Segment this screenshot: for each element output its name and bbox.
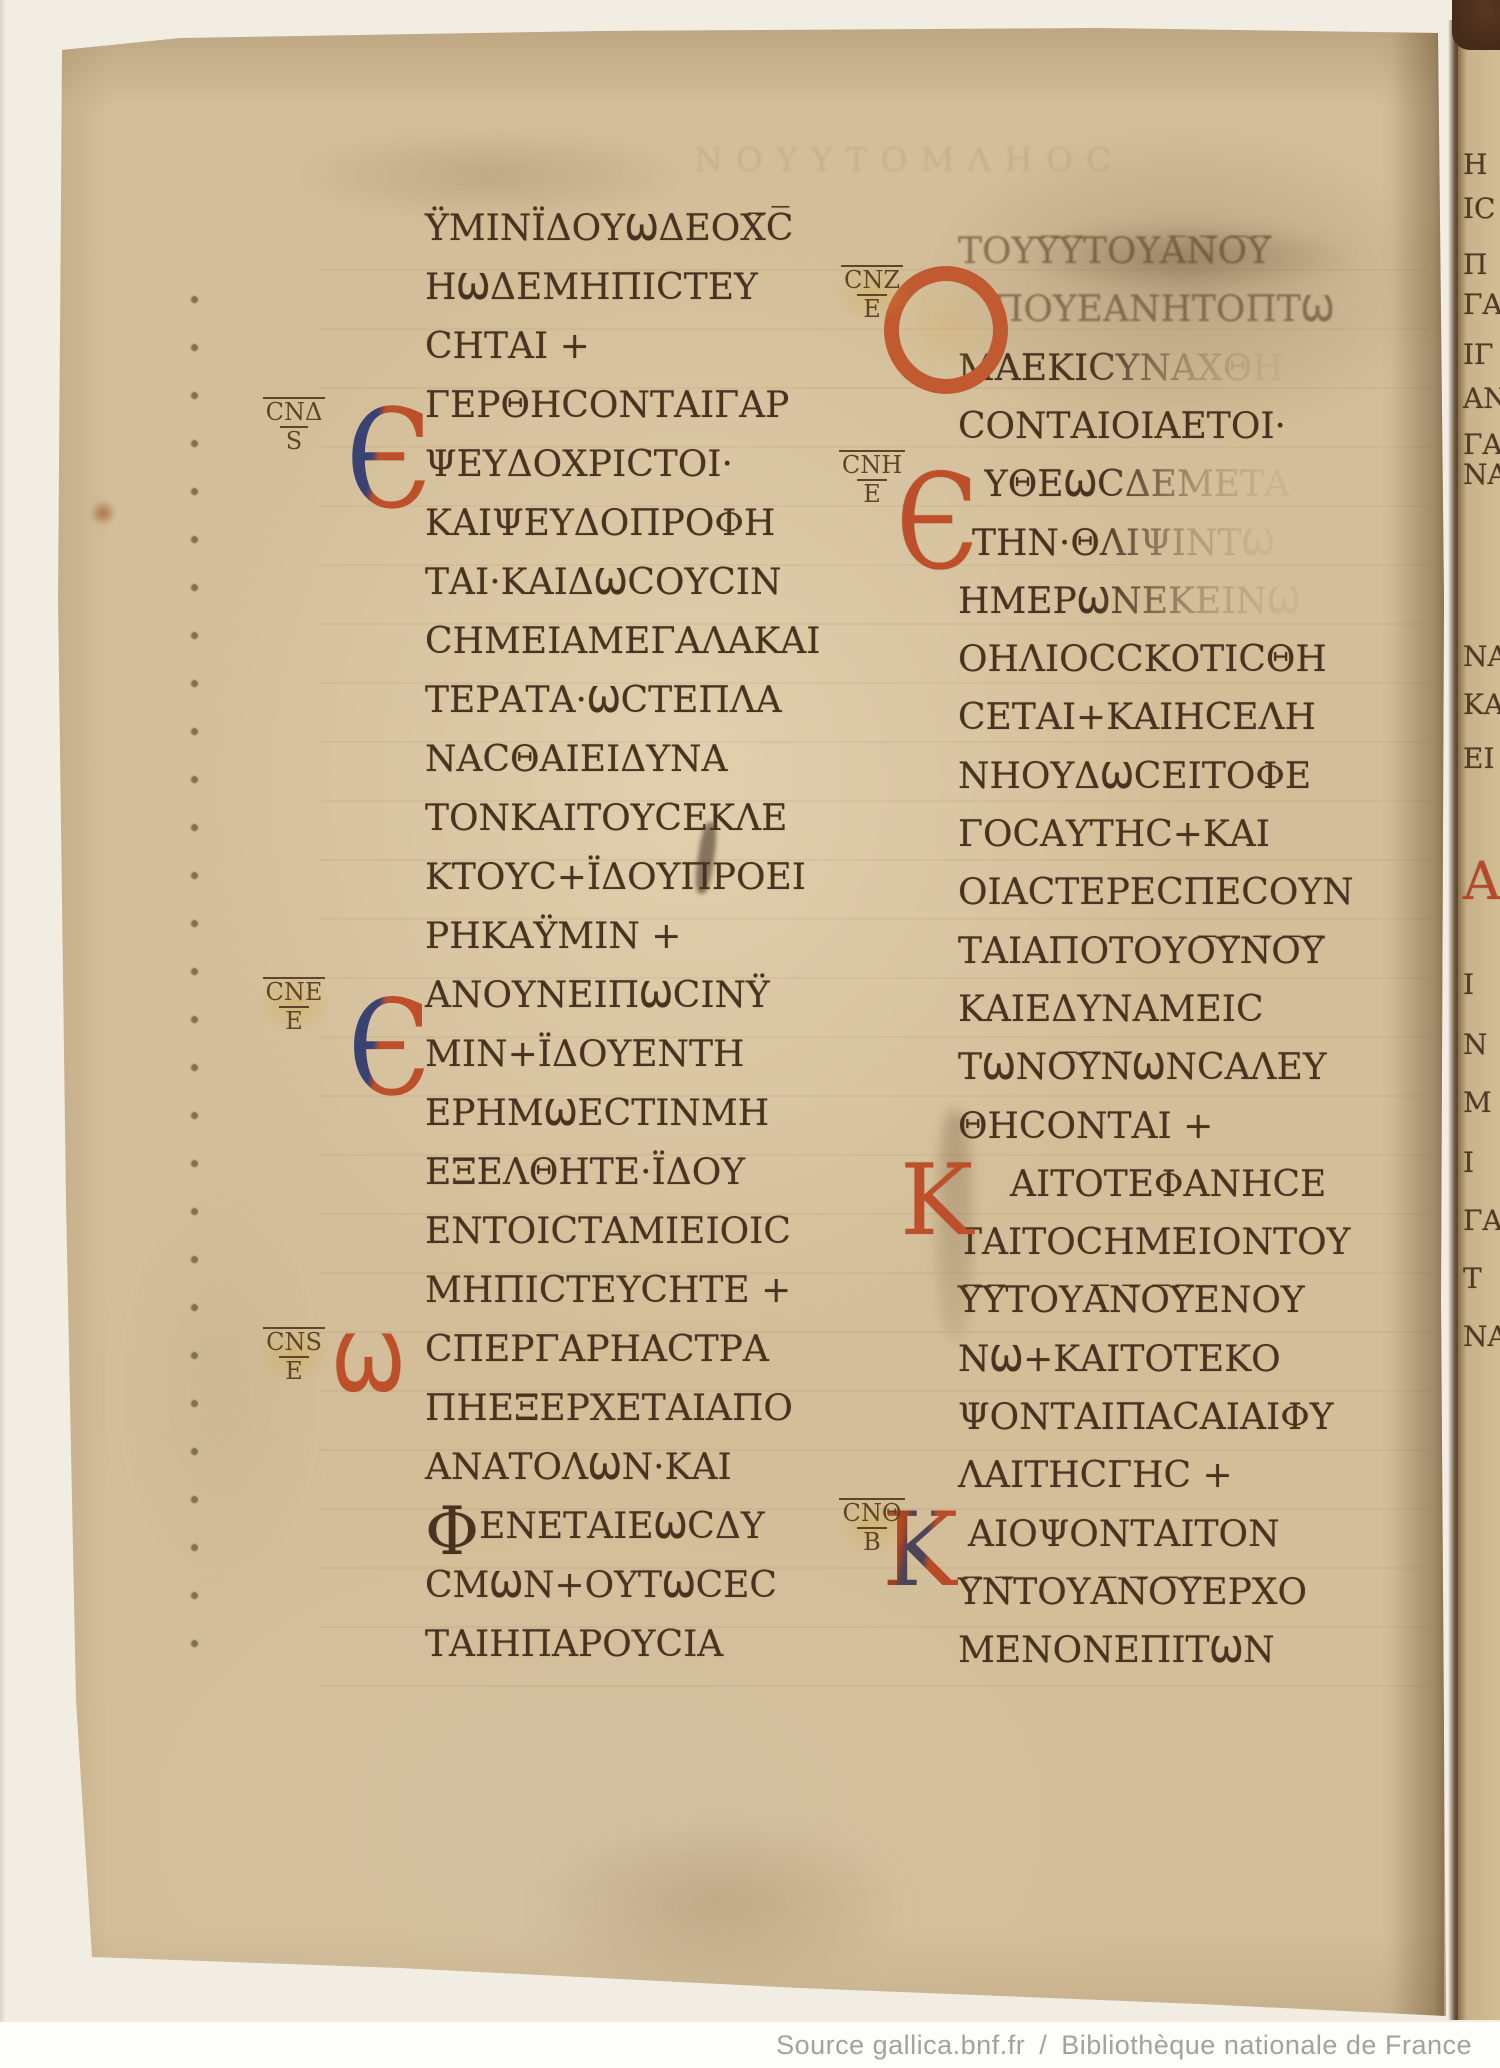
manuscript-line-left-8: CΗΜΕΙΑΜΕΓΑΛΑΚΑΙ xyxy=(425,619,821,667)
pricking-dot xyxy=(190,295,200,305)
manuscript-line-right-1: ΤΟΥΥ̅Υ̅ΤΟΥΑ̅Ν̅Ο̅Υ̅ xyxy=(958,229,1271,277)
manuscript-line-left-18: ΕΝΤΟΙCΤΑΜΙΕΙΟΙC xyxy=(425,1209,791,1257)
next-page-text-fragment: ΝΑ xyxy=(1463,1320,1500,1353)
manuscript-line-left-21: ΠΗΕΞΕΡΧΕΤΑΙΑΠΟ xyxy=(425,1386,793,1434)
canon-number: Ε xyxy=(836,294,908,321)
canon-number: Ε xyxy=(836,479,908,506)
source-attribution: Source gallica.bnf.fr/Bibliothèque natio… xyxy=(776,2030,1472,2061)
next-page-edge: ΗΙϹΠΓΑΙΓΑΝΓΑΝΑΝΑΚΑΕΙΑΙΝΜΙΓΑΤΝΑ xyxy=(1458,26,1500,2020)
manuscript-line-left-9: ΤΕΡΑΤΑ·ѠCΤΕΠΛΑ xyxy=(425,678,782,726)
parchment-stain xyxy=(540,1820,900,1990)
manuscript-line-right-4: CΟΝΤΑΙΟΙΑΕΤΟΙ· xyxy=(958,404,1286,452)
pricking-dot xyxy=(190,1591,200,1601)
pricking-dot xyxy=(190,487,200,497)
manuscript-line-left-13: ΡΗΚΑΫΜΙΝ + xyxy=(425,914,681,962)
next-page-text-fragment: Μ xyxy=(1463,1086,1492,1119)
pricking-dot xyxy=(190,1399,200,1409)
manuscript-line-right-22: ΛΑΙΤΗCΓΗC + xyxy=(958,1453,1233,1501)
manuscript-line-left-22: ΑΝΑΤΟΛѠΝ·ΚΑΙ xyxy=(425,1445,732,1493)
next-page-text-fragment: ΙϹ xyxy=(1463,192,1495,225)
manuscript-line-right-5: ΥΘΕѠCΔΕΜΕΤΑ xyxy=(984,462,1290,510)
manuscript-line-right-18: ΤΑΙΤΟCΗΜΕΙΟΝΤΟΥ xyxy=(958,1220,1350,1268)
next-page-text-fragment: Π xyxy=(1463,248,1487,281)
next-page-text-fragment: Ν xyxy=(1463,1028,1488,1061)
footer-source: Source gallica.bnf.fr xyxy=(776,2030,1025,2060)
pricking-dot xyxy=(190,1111,200,1121)
manuscript-line-left-7: ΤΑΙ·ΚΑΙΔѠCΟΥCΙΝ xyxy=(425,560,781,608)
illuminated-initial-Ѡ: Ѡ xyxy=(332,1326,405,1404)
eusebian-section-number: CΝΗ xyxy=(839,450,905,477)
pricking-dot xyxy=(190,1639,200,1649)
parchment-stain xyxy=(120,1180,320,1600)
manuscript-line-left-15: ΜΙΝ+ΪΔΟΥΕΝΤΗ xyxy=(425,1032,744,1080)
manuscript-line-right-25: ΜΕΝΟΝΕΠΙΤѠΝ xyxy=(958,1628,1275,1676)
pricking-dot xyxy=(190,1063,200,1073)
manuscript-line-left-10: ΝΑCΘΑΙΕΙΔΥΝΑ xyxy=(425,737,728,785)
footer-institution: Bibliothèque nationale de France xyxy=(1061,2030,1472,2060)
manuscript-line-left-2: ΗѠΔΕΜΗΠΙCΤΕΥ xyxy=(425,265,758,313)
section-number-note: CΝΖΕ xyxy=(836,265,908,321)
parchment-stain xyxy=(90,500,116,526)
next-page-text-fragment: ΝΑ xyxy=(1463,640,1500,673)
next-page-text-fragment: ΓΑ xyxy=(1463,428,1500,461)
illuminated-initial-Є: Є xyxy=(346,392,432,529)
pricking-dot xyxy=(190,439,200,449)
pricking-dot xyxy=(190,967,200,977)
next-page-text-fragment: Η xyxy=(1463,148,1487,181)
manuscript-line-left-16: ΕΡΗΜѠΕCΤΙΝΜΗ xyxy=(425,1091,769,1139)
pricking-dot xyxy=(190,1351,200,1361)
footer-separator: / xyxy=(1039,2030,1047,2060)
manuscript-line-left-3: CΗΤΑΙ + xyxy=(425,324,590,372)
manuscript-line-right-10: ΝΗΟΥΔѠCΕΙΤΟΦΕ xyxy=(958,754,1311,802)
illuminated-initial-Є: Є xyxy=(348,984,431,1116)
manuscript-line-right-3: ΜΑΕΚΙCΥΝΑΧΘΗ xyxy=(958,346,1284,394)
eusebian-section-number: CΝΘ xyxy=(839,1498,904,1525)
manuscript-line-right-6: ΤΗΝ·ΘΛΙΨΙΝΤѠ xyxy=(972,521,1275,569)
section-number-note: CΝSΕ xyxy=(258,1327,330,1383)
manuscript-scan: ΝΟΥΥΤΟΜΛΗΟϹ ΫΜΙΝΪΔΟΥѠΔΕΟΧ̅C̅ΗѠΔΕΜΗΠΙCΤΕΥ… xyxy=(0,0,1500,2068)
pricking-dot xyxy=(190,1015,200,1025)
canon-number: Β xyxy=(836,1527,908,1554)
pricking-dot xyxy=(190,1543,200,1553)
pricking-dot xyxy=(190,343,200,353)
manuscript-line-right-20: ΝѠ+ΚΑΙΤΟΤΕΚΟ xyxy=(958,1337,1281,1385)
manuscript-line-right-8: ΟΗΛΙΟCCΚΟΤΙCΘΗ xyxy=(958,637,1327,685)
pricking-dot xyxy=(190,919,200,929)
next-page-text-fragment: ΙΓ xyxy=(1463,338,1494,371)
pricking-dot xyxy=(190,1303,200,1313)
section-number-note: CΝΗΕ xyxy=(836,450,908,506)
next-page-text-fragment: ΓΑ xyxy=(1463,288,1500,321)
next-page-text-fragment: Α xyxy=(1463,852,1500,912)
pricking-dot xyxy=(190,1207,200,1217)
next-page-text-fragment: Τ xyxy=(1463,1262,1482,1295)
pricking-dot xyxy=(190,535,200,545)
pricking-dot xyxy=(190,1159,200,1169)
eusebian-section-number: CΝS xyxy=(263,1327,325,1354)
manuscript-line-left-5: ΨΕΥΔΟΧΡΙCΤΟΙ· xyxy=(425,442,733,490)
next-page-text-fragment: Ι xyxy=(1463,968,1474,1001)
pricking-dot xyxy=(190,823,200,833)
section-number-note: CΝΔS xyxy=(258,397,330,453)
next-page-text-fragment: ΓΑ xyxy=(1463,1204,1500,1237)
page-edge-shadow xyxy=(1392,30,1444,2016)
manuscript-line-left-4: ΓΕΡΘΗCΟΝΤΑΙΓΑΡ xyxy=(425,383,789,431)
pricking-dot xyxy=(190,1255,200,1265)
section-number-note: CΝΕΕ xyxy=(258,977,330,1033)
manuscript-line-right-2: ΠΟΥΕΑΝΗΤΟΠΤѠ xyxy=(992,287,1334,335)
section-number-note: CΝΘΒ xyxy=(836,1498,908,1554)
manuscript-line-left-12: ΚΤΟΥC+ΪΔΟΥΠΡΟΕΙ xyxy=(425,855,806,903)
manuscript-line-right-17: ΑΙΤΟΤΕΦΑΝΗCΕ xyxy=(1010,1162,1326,1210)
next-page-text-fragment: Ι xyxy=(1463,1146,1474,1179)
manuscript-line-right-7: ΗΜΕΡѠΝΕΚΕΙΝѠ xyxy=(958,579,1301,627)
pricking-dot xyxy=(190,775,200,785)
manuscript-line-left-6: ΚΑΙΨΕΥΔΟΠΡΟΦΗ xyxy=(425,501,775,549)
manuscript-line-left-24: CΜѠΝ+ΟΥΤѠCΕC xyxy=(425,1563,777,1611)
manuscript-line-left-1: ΫΜΙΝΪΔΟΥѠΔΕΟΧ̅C̅ xyxy=(425,206,793,254)
eusebian-section-number: CΝΖ xyxy=(841,265,903,292)
bleed-through-text: ΝΟΥΥΤΟΜΛΗΟϹ xyxy=(694,140,1124,179)
parchment-page: ΝΟΥΥΤΟΜΛΗΟϹ ΫΜΙΝΪΔΟΥѠΔΕΟΧ̅C̅ΗѠΔΕΜΗΠΙCΤΕΥ… xyxy=(0,0,1500,2068)
enlarged-letter: Φ xyxy=(425,1493,479,1570)
eusebian-section-number: CΝΔ xyxy=(263,397,326,424)
manuscript-line-right-15: ΤѠΝΟ̅Υ̅Ν̅ѠΝCΑΛΕΥ xyxy=(958,1045,1327,1093)
pricking-dot xyxy=(190,727,200,737)
manuscript-line-right-11: ΓΟCΑΥΤΗC+ΚΑΙ xyxy=(958,812,1270,860)
next-page-text-fragment: ΕΙ xyxy=(1463,742,1495,775)
manuscript-line-left-25: ΤΑΙΗΠΑΡΟΥCΙΑ xyxy=(425,1622,723,1670)
pricking-dot xyxy=(190,391,200,401)
canon-number: Ε xyxy=(258,1356,330,1383)
eusebian-section-number: CΝΕ xyxy=(263,977,326,1004)
pricking-dot xyxy=(190,631,200,641)
manuscript-line-left-14: ΑΝΟΥΝΕΙΠѠCΙΝΫ xyxy=(425,973,770,1021)
manuscript-line-left-11: ΤΟΝΚΑΙΤΟΥCΕΚΛΕ xyxy=(425,796,787,844)
manuscript-line-left-17: ΕΞΕΛΘΗΤΕ·ΪΔΟΥ xyxy=(425,1150,745,1198)
manuscript-line-right-19: Υ̅Υ̅ΤΟΥΑ̅Ν̅Ο̅Υ̅ΕΝΟΥ xyxy=(958,1278,1305,1326)
manuscript-line-right-13: ΤΑΙΑΠΟΤΟΥΟ̅Υ̅Ν̅Ο̅Υ̅ xyxy=(958,929,1325,977)
pricking-dot xyxy=(190,679,200,689)
pricking-dot xyxy=(190,1495,200,1505)
manuscript-line-right-23: ΑΙΟΨΟΝΤΑΙΤΟΝ xyxy=(968,1512,1280,1560)
manuscript-line-right-9: CΕΤΑΙ+ΚΑΙΗCΕΛΗ xyxy=(958,695,1316,743)
pricking-dot xyxy=(190,1447,200,1457)
illuminated-initial-Κ: Κ xyxy=(900,1152,973,1250)
next-page-text-fragment: ΝΑ xyxy=(1463,458,1500,491)
canon-number: S xyxy=(258,426,330,453)
manuscript-line-left-20: CΠΕΡΓΑΡΗΑCΤΡΑ xyxy=(425,1327,769,1375)
manuscript-line-right-16: ΘΗCΟΝΤΑΙ + xyxy=(958,1104,1213,1152)
gallica-footer: Source gallica.bnf.fr/Bibliothèque natio… xyxy=(0,2022,1500,2068)
pricking-dot xyxy=(190,871,200,881)
spine-fragment xyxy=(1452,0,1500,50)
next-page-text-fragment: ΑΝ xyxy=(1463,382,1500,415)
manuscript-line-right-14: ΚΑΙΕΔΥΝΑΜΕΙC xyxy=(958,987,1264,1035)
manuscript-line-right-24: Υ̅Ν̅ΤΟΥΑ̅Ν̅Ο̅Υ̅ΕΡΧΟ xyxy=(958,1570,1307,1618)
manuscript-line-right-12: ΟΙΑCΤΕΡΕCΠΕCΟΥΝ xyxy=(958,870,1354,918)
manuscript-line-left-23: ΦΕΝΕΤΑΙΕѠCΔΥ xyxy=(425,1504,765,1552)
illuminated-initial-Є: Є xyxy=(896,458,979,590)
canon-number: Ε xyxy=(258,1006,330,1033)
manuscript-line-right-21: ΨΟΝΤΑΙΠΑCΑΙΑΙΦΥ xyxy=(958,1395,1333,1443)
next-page-text-fragment: ΚΑ xyxy=(1463,688,1500,721)
pricking-dot xyxy=(190,583,200,593)
manuscript-line-left-19: ΜΗΠΙCΤΕΥCΗΤΕ + xyxy=(425,1268,791,1316)
